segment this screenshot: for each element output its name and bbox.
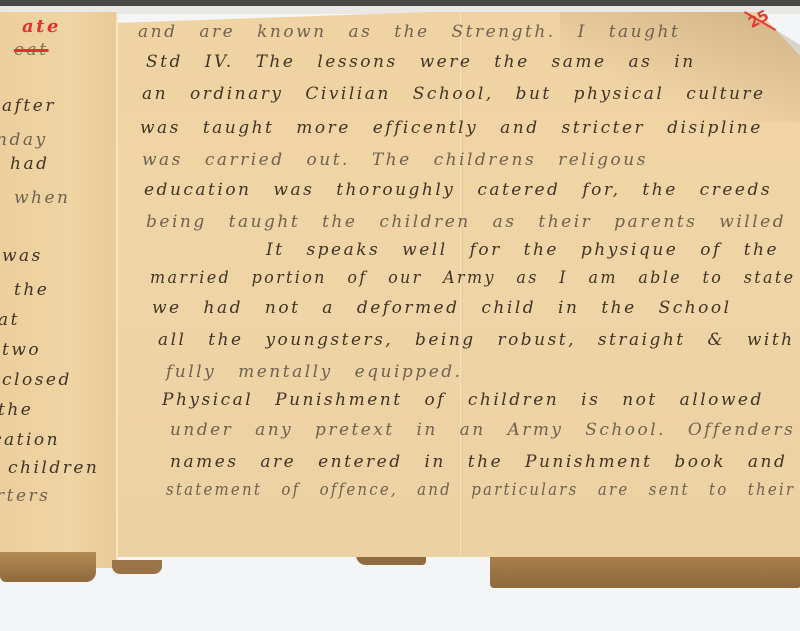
manuscript-line: being taught the children as their paren… xyxy=(146,212,786,232)
manuscript-line: and are known as the Strength. I taught xyxy=(138,22,680,42)
left-fragment: was xyxy=(2,246,43,266)
manuscript-line: statement of offence, and particulars ar… xyxy=(166,480,795,500)
manuscript-line: fully mentally equipped. xyxy=(166,362,463,382)
manuscript-line: education was thoroughly catered for, th… xyxy=(144,180,772,200)
manuscript-line: an ordinary Civilian School, but physica… xyxy=(142,84,766,104)
left-fragment: rters xyxy=(0,486,50,506)
left-fragment: had xyxy=(10,154,49,174)
left-fragment: closed xyxy=(2,370,72,390)
manuscript-line: under any pretext in an Army School. Off… xyxy=(170,420,795,440)
manuscript-line: Std IV. The lessons were the same as in xyxy=(146,52,696,72)
left-fragment: at xyxy=(0,310,20,330)
left-fragment: after xyxy=(2,96,56,116)
left-fragment: two xyxy=(2,340,41,360)
correction-inserted-word: ate xyxy=(22,16,61,37)
manuscript-line: was taught more efficently and stricter … xyxy=(140,118,763,138)
left-fragment: the xyxy=(0,400,33,420)
manuscript-line: all the youngsters, being robust, straig… xyxy=(158,330,795,350)
manuscript-line: we had not a deformed child in the Schoo… xyxy=(152,298,732,318)
manuscript-line: It speaks well for the physique of the xyxy=(266,240,779,260)
left-fragment: the xyxy=(14,280,49,300)
left-fragment: cation xyxy=(0,430,60,450)
left-fragment: children xyxy=(8,458,99,478)
left-fragment: when xyxy=(14,188,71,208)
manuscript-line: Physical Punishment of children is not a… xyxy=(162,390,764,410)
manuscript-line: married portion of our Army as I am able… xyxy=(150,268,795,288)
manuscript-line: names are entered in the Punishment book… xyxy=(170,452,787,472)
manuscript-line: was carried out. The childrens religous xyxy=(142,150,648,170)
left-page-torn-tab xyxy=(112,560,162,574)
left-page-worn-edge xyxy=(0,552,96,582)
correction-struck-word: eat xyxy=(14,40,49,60)
left-fragment: nday xyxy=(0,130,48,150)
